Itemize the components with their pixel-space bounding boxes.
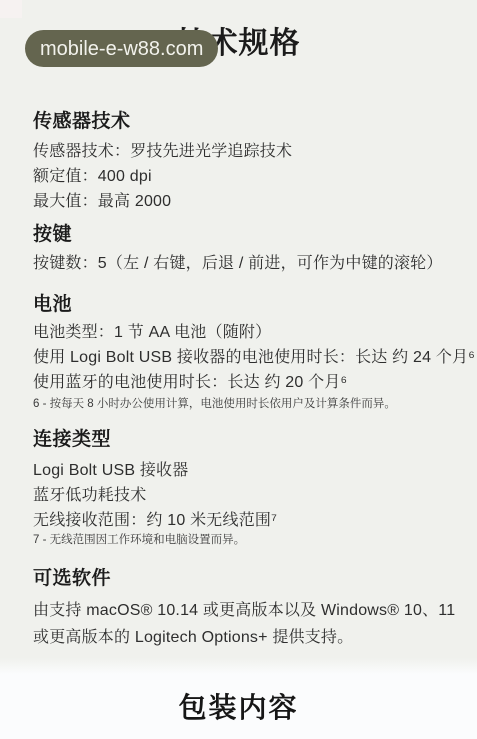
- section-heading: 电池: [33, 294, 451, 316]
- section-sensor: 传感器技术 传感器技术：罗技先进光学追踪技术 额定值：400 dpi 最大值：最…: [33, 111, 451, 214]
- section-lines: Logi Bolt USB 接收器 蓝牙低功耗技术 无线接收范围：约 10 米无…: [33, 458, 451, 533]
- spec-line: 传感器技术：罗技先进光学追踪技术: [33, 139, 451, 164]
- watermark-text: mobile-e-w88.com: [40, 39, 203, 59]
- spec-line: 无线接收范围：约 10 米无线范围⁷: [33, 508, 451, 533]
- spec-line: Logi Bolt USB 接收器: [33, 458, 451, 483]
- spec-line: 蓝牙低功耗技术: [33, 483, 451, 508]
- section-lines: 传感器技术：罗技先进光学追踪技术 额定值：400 dpi 最大值：最高 2000: [33, 139, 451, 214]
- section-heading: 按键: [33, 224, 451, 246]
- spec-line: 使用 Logi Bolt USB 接收器的电池使用时长：长达 约 24 个月⁶: [33, 345, 451, 370]
- section-lines: 按键数：5（左 / 右键，后退 / 前进，可作为中键的滚轮）: [33, 251, 451, 276]
- spec-line: 或更高版本的 Logitech Options+ 提供支持。: [33, 624, 451, 651]
- section-lines: 由支持 macOS® 10.14 或更高版本以及 Windows® 10、11 …: [33, 597, 451, 651]
- section-heading: 可选软件: [33, 568, 451, 590]
- section-heading: 传感器技术: [33, 111, 451, 133]
- spec-line: 使用蓝牙的电池使用时长：长达 约 20 个月⁶: [33, 370, 451, 395]
- package-contents-title: 包装内容: [0, 691, 477, 725]
- footnote: 7 - 无线范围因工作环境和电脑设置而异。: [33, 533, 451, 548]
- spec-line: 最大值：最高 2000: [33, 189, 451, 214]
- watermark-badge: mobile-e-w88.com: [25, 30, 218, 67]
- spec-line: 电池类型：1 节 AA 电池（随附）: [33, 320, 451, 345]
- footnote: 6 - 按每天 8 小时办公使用计算，电池使用时长依用户及计算条件而异。: [33, 397, 451, 412]
- package-contents-band: 包装内容: [0, 658, 477, 739]
- spec-page: 技术规格 mobile-e-w88.com 传感器技术 传感器技术：罗技先进光学…: [0, 0, 477, 739]
- section-heading: 连接类型: [33, 429, 451, 451]
- section-software: 可选软件 由支持 macOS® 10.14 或更高版本以及 Windows® 1…: [33, 568, 451, 651]
- spec-content: 传感器技术 传感器技术：罗技先进光学追踪技术 额定值：400 dpi 最大值：最…: [0, 0, 477, 739]
- spec-line: 按键数：5（左 / 右键，后退 / 前进，可作为中键的滚轮）: [33, 251, 451, 276]
- section-connection: 连接类型 Logi Bolt USB 接收器 蓝牙低功耗技术 无线接收范围：约 …: [33, 429, 451, 548]
- section-buttons: 按键 按键数：5（左 / 右键，后退 / 前进，可作为中键的滚轮）: [33, 224, 451, 276]
- section-battery: 电池 电池类型：1 节 AA 电池（随附） 使用 Logi Bolt USB 接…: [33, 294, 451, 412]
- section-lines: 电池类型：1 节 AA 电池（随附） 使用 Logi Bolt USB 接收器的…: [33, 320, 451, 395]
- spec-line: 由支持 macOS® 10.14 或更高版本以及 Windows® 10、11: [33, 597, 451, 624]
- spec-line: 额定值：400 dpi: [33, 164, 451, 189]
